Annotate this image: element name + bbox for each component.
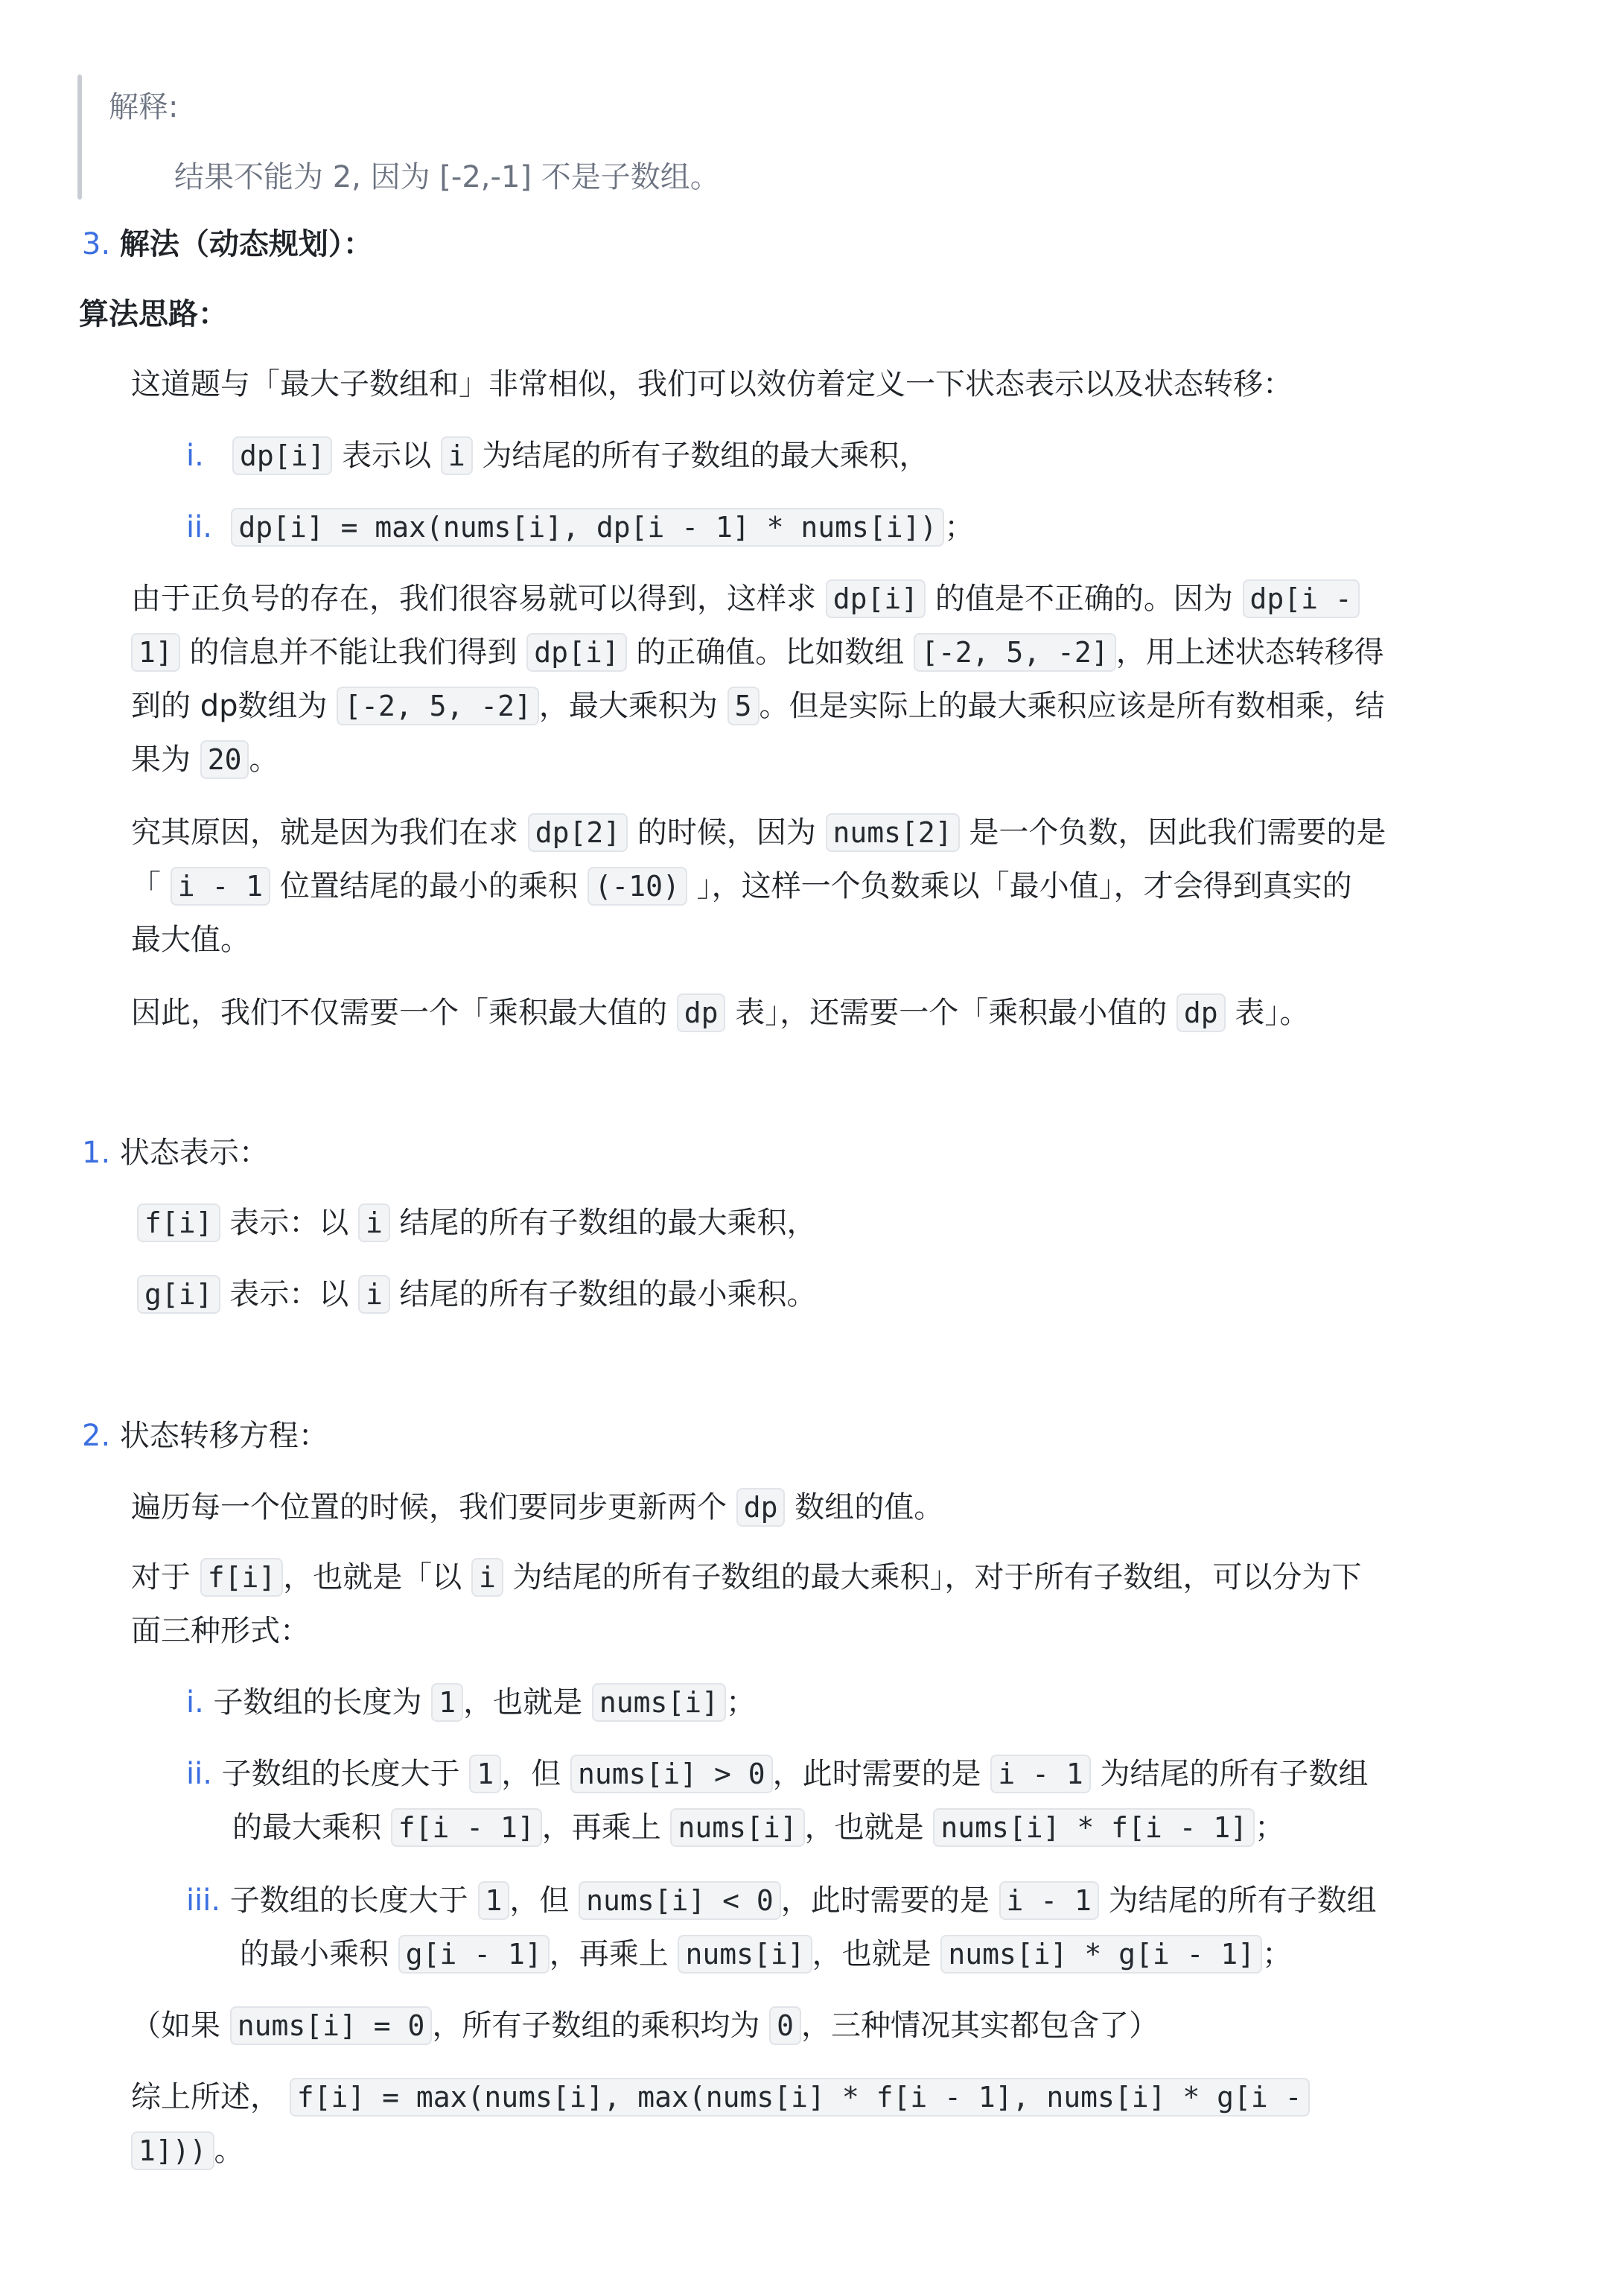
text: 位置结尾的最小的乘积 (270, 869, 587, 903)
inline-code: dp[i - (1243, 579, 1360, 618)
inline-code: [-2, 5, -2] (337, 687, 539, 725)
text: （如果 (131, 2009, 230, 2043)
list-marker: ii. (186, 1757, 212, 1791)
text: 的最小乘积 (240, 1937, 398, 1971)
intro-paragraph: 这道题与「最大子数组和」非常相似，我们可以效仿着定义一下状态表示以及状态转移： (131, 363, 1293, 405)
inline-code: i (358, 1203, 390, 1242)
state-definition: g[i] 表示：以 i 结尾的所有子数组的最小乘积。 (137, 1273, 817, 1315)
text: 的正确值。比如数组 (627, 635, 914, 670)
inline-code: 1 (478, 1881, 510, 1920)
paragraph-line: 「 i - 1 位置结尾的最小的乘积 (-10) 」，这样一个负数乘以「最小值」… (131, 865, 1352, 907)
text: ，但 (509, 1883, 579, 1918)
text: 为结尾的所有子数组 (1091, 1757, 1369, 1791)
case-item-line2: 的最小乘积 g[i - 1]，再乘上 nums[i]，也就是 nums[i] *… (240, 1933, 1292, 1975)
text: 数组的值。 (785, 1490, 943, 1524)
paragraph-line: 1] 的信息并不能让我们得到 dp[i] 的正确值。比如数组 [-2, 5, -… (131, 632, 1384, 673)
text: 到的 dp数组为 (131, 689, 337, 723)
text: ，用上述状态转移得 (1116, 635, 1384, 670)
text: 子数组的长度大于 (230, 1883, 478, 1918)
text: 为结尾的所有子数组 (1099, 1883, 1377, 1918)
list-marker: 3. (82, 227, 110, 261)
paragraph-line: 由于正负号的存在，我们很容易就可以得到，这样求 dp[i] 的值是不正确的。因为… (131, 578, 1360, 620)
text: 」，这样一个负数乘以「最小值」，才会得到真实的 (687, 869, 1352, 903)
paragraph-line: 究其原因，就是因为我们在求 dp[2] 的时候，因为 nums[2] 是一个负数… (131, 812, 1386, 853)
text: 综上所述， (131, 2080, 290, 2114)
step-title: 状态表示： (120, 1136, 269, 1170)
paragraph-line: 面三种形式： (131, 1610, 310, 1652)
text: ，也就是「以 (283, 1560, 471, 1594)
algo-heading: 算法思路： (79, 293, 228, 335)
step-1-heading: 1. 状态表示： (82, 1132, 269, 1174)
inline-code: nums[i] * f[i - 1] (933, 1808, 1255, 1847)
inline-code: 0 (769, 2006, 801, 2045)
text: 。 (249, 742, 278, 777)
blockquote-label: 解释: (109, 83, 178, 126)
inline-code: nums[2] (826, 813, 960, 852)
text: 子数组的长度为 (214, 1685, 432, 1720)
inline-code: dp[i] (526, 633, 626, 672)
text: ，再乘上 (550, 1937, 678, 1971)
inline-code: dp[i] (826, 579, 926, 618)
text: ，此时需要的是 (781, 1883, 999, 1918)
paragraph-line: 最大值。 (131, 919, 250, 961)
text: 的信息并不能让我们得到 (180, 635, 526, 670)
inline-code: nums[i] (670, 1808, 804, 1847)
text: 表示：以 (220, 1206, 358, 1240)
inline-code: dp (677, 993, 726, 1032)
text: ，所有子数组的乘积均为 (432, 2009, 769, 2043)
inline-code: f[i - 1] (391, 1808, 542, 1847)
inline-code: nums[i] = 0 (230, 2006, 433, 2045)
section-title: 解法（动态规划）： (120, 227, 373, 261)
text: ，也就是 (463, 1685, 592, 1720)
text: 为结尾的所有子数组的最大乘积， (473, 439, 929, 473)
text: ，此时需要的是 (773, 1757, 991, 1791)
inline-code: f[i] (200, 1558, 284, 1597)
summary-line-2: 1]))。 (131, 2130, 244, 2172)
text: 子数组的长度大于 (222, 1757, 470, 1791)
text: 为结尾的所有子数组的最大乘积」，对于所有子数组，可以分为下 (503, 1560, 1362, 1594)
text: 遍历每一个位置的时候，我们要同步更新两个 (131, 1490, 736, 1524)
text: ； (1262, 1937, 1292, 1971)
paragraph-line: 到的 dp数组为 [-2, 5, -2]，最大乘积为 5。但是实际上的最大乘积应… (131, 685, 1385, 727)
inline-code: 1] (131, 633, 180, 672)
intro-list-item: ii. dp[i] = max(nums[i], dp[i - 1] * num… (186, 506, 974, 548)
step-title: 状态转移方程： (120, 1419, 328, 1453)
inline-code: 1 (469, 1755, 501, 1793)
list-marker: 1. (82, 1136, 110, 1170)
inline-code: f[i] (137, 1203, 220, 1242)
inline-code: dp[2] (528, 813, 628, 852)
text: 表示以 (332, 439, 440, 473)
case-item: iii. 子数组的长度大于 1，但 nums[i] < 0，此时需要的是 i -… (186, 1880, 1377, 1921)
text: 表示：以 (220, 1277, 358, 1311)
case-item-line2: 的最大乘积 f[i - 1]，再乘上 nums[i]，也就是 nums[i] *… (232, 1807, 1284, 1848)
inline-code: i - 1 (171, 867, 270, 906)
inline-code: dp[i] = max(nums[i], dp[i - 1] * nums[i]… (231, 508, 944, 547)
text: 的时候，因为 (628, 815, 825, 850)
inline-code: 20 (200, 740, 249, 779)
text: ； (726, 1685, 756, 1720)
text: 究其原因，就是因为我们在求 (131, 815, 528, 850)
paragraph-line: 果为 20。 (131, 739, 278, 780)
inline-code: i - 1 (999, 1881, 1099, 1920)
text: ； (944, 510, 974, 544)
paragraph-line: 对于 f[i]，也就是「以 i 为结尾的所有子数组的最大乘积」，对于所有子数组，… (131, 1556, 1362, 1598)
inline-code: nums[i] > 0 (570, 1755, 773, 1793)
inline-code: 1 (431, 1683, 463, 1722)
intro-list-item: i. dp[i] 表示以 i 为结尾的所有子数组的最大乘积， (186, 435, 929, 477)
text: 。 (214, 2134, 244, 2168)
inline-code: dp[i] (232, 436, 332, 475)
text: ，再乘上 (542, 1810, 671, 1845)
inline-code: (-10) (587, 867, 687, 906)
inline-code: [-2, 5, -2] (914, 633, 1116, 672)
text: 因此，我们不仅需要一个「乘积最大值的 (131, 996, 677, 1030)
list-marker: i. (186, 1685, 204, 1720)
inline-code: dp (1176, 993, 1226, 1032)
text: ； (1255, 1810, 1284, 1845)
state-definition: f[i] 表示：以 i 结尾的所有子数组的最大乘积， (137, 1202, 817, 1244)
blockquote-text: 结果不能为 2, 因为 [-2,-1] 不是子数组。 (174, 153, 720, 196)
inline-code: 1])) (131, 2131, 214, 2170)
text: 的最大乘积 (232, 1810, 391, 1845)
case-item: i. 子数组的长度为 1，也就是 nums[i]； (186, 1682, 756, 1723)
text: ，也就是 (812, 1937, 941, 1971)
paragraph-line: 遍历每一个位置的时候，我们要同步更新两个 dp 数组的值。 (131, 1486, 943, 1528)
text: 结尾的所有子数组的最大乘积， (390, 1206, 817, 1240)
paragraph-line: 因此，我们不仅需要一个「乘积最大值的 dp 表」，还需要一个「乘积最小值的 dp… (131, 992, 1309, 1034)
text: 果为 (131, 742, 200, 777)
inline-code: nums[i] (678, 1935, 812, 1974)
text: 的值是不正确的。因为 (926, 582, 1242, 616)
inline-code: i - 1 (990, 1755, 1090, 1793)
text: 「 (131, 869, 171, 903)
text: 表」，还需要一个「乘积最小值的 (725, 996, 1176, 1030)
blockquote-bar (77, 74, 82, 200)
case-item: ii. 子数组的长度大于 1，但 nums[i] > 0，此时需要的是 i - … (186, 1753, 1369, 1795)
inline-code: nums[i] (592, 1683, 726, 1722)
inline-code: nums[i] < 0 (579, 1881, 781, 1920)
text: ，最大乘积为 (539, 689, 727, 723)
inline-code: nums[i] * g[i - 1] (940, 1935, 1262, 1974)
note-line: （如果 nums[i] = 0，所有子数组的乘积均为 0，三种情况其实都包含了） (131, 2005, 1159, 2047)
text: ，但 (501, 1757, 570, 1791)
section-3-heading: 3. 解法（动态规划）： (82, 223, 373, 265)
list-marker: 2. (82, 1419, 110, 1453)
text: 对于 (131, 1560, 200, 1594)
list-marker: iii. (186, 1883, 220, 1918)
list-marker: i. (186, 439, 204, 473)
inline-code: g[i - 1] (398, 1935, 550, 1974)
text: ，三种情况其实都包含了） (801, 2009, 1159, 2043)
text: 。但是实际上的最大乘积应该是所有数相乘，结 (760, 689, 1385, 723)
text: 是一个负数，因此我们需要的是 (960, 815, 1386, 850)
list-marker: ii. (186, 510, 212, 544)
inline-code: dp (736, 1488, 786, 1527)
summary-line: 综上所述， f[i] = max(nums[i], max(nums[i] * … (131, 2076, 1310, 2118)
inline-code: 5 (727, 687, 760, 725)
text: 由于正负号的存在，我们很容易就可以得到，这样求 (131, 582, 826, 616)
inline-code: i (441, 436, 473, 475)
text: 表」。 (1226, 996, 1310, 1030)
text: ，也就是 (805, 1810, 934, 1845)
inline-code: g[i] (137, 1275, 220, 1314)
text: 结尾的所有子数组的最小乘积。 (390, 1277, 817, 1311)
inline-code: f[i] = max(nums[i], max(nums[i] * f[i - … (290, 2078, 1310, 2117)
inline-code: i (358, 1275, 390, 1314)
inline-code: i (471, 1558, 503, 1597)
step-2-heading: 2. 状态转移方程： (82, 1415, 328, 1457)
